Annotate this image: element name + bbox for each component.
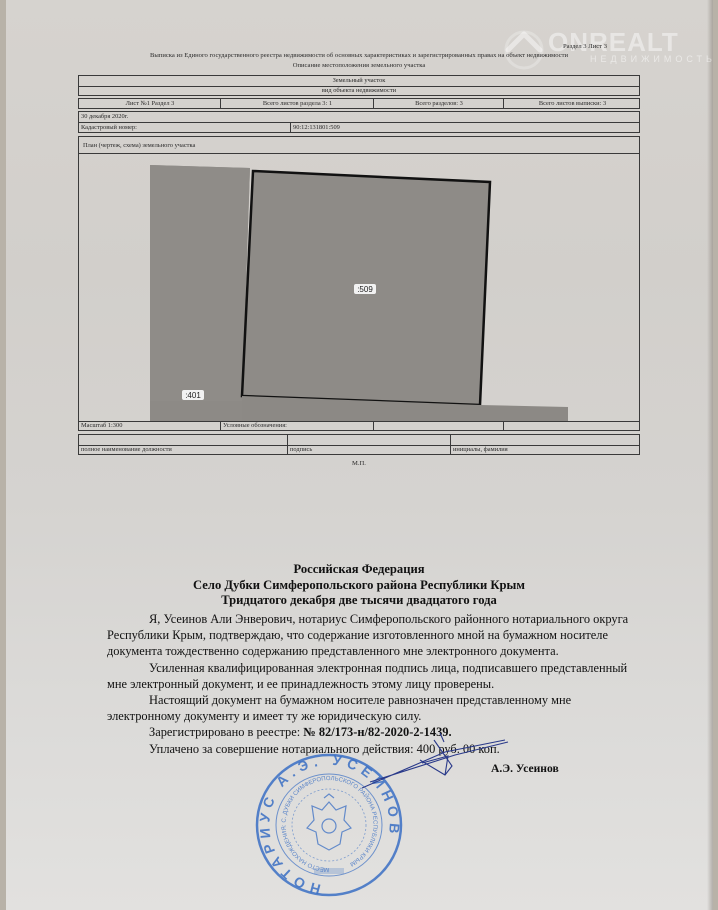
extract-date: 30 декабря 2020г. bbox=[81, 113, 128, 120]
coat-of-arms-icon bbox=[307, 794, 351, 850]
stamp-inner-text: МЕСТО НАХОЖДЕНИЯ: С. ДУБКИ СИМФЕРОПОЛЬСК… bbox=[281, 776, 377, 872]
extract-title: Выписка из Единого государственного реес… bbox=[0, 52, 718, 59]
cadastral-number: 90:12:131801:509 bbox=[293, 124, 340, 131]
parcel-plan-drawing: :509 :401 bbox=[150, 163, 570, 423]
cadastral-label: Кадастровый номер: bbox=[81, 124, 137, 131]
scale-label: Масштаб 1:300 bbox=[81, 422, 122, 429]
cert-heading-place: Село Дубки Симферопольского района Респу… bbox=[0, 578, 718, 594]
signature-caption: подпись bbox=[290, 446, 312, 453]
initials-caption: инициалы, фамилия bbox=[453, 446, 508, 453]
notary-signature bbox=[360, 730, 510, 790]
seal-place-label: М.П. bbox=[0, 460, 718, 467]
signature-table: полное наименование должности подпись ин… bbox=[78, 434, 640, 455]
extract-sheets-total: Всего листов выписки: 3 bbox=[504, 100, 641, 107]
object-name: Земельный участок bbox=[79, 77, 639, 84]
sheet-info-row: Лист №1 Раздел 3 Всего листов раздела 3:… bbox=[78, 98, 640, 109]
sheet-number: Лист №1 Раздел 3 bbox=[79, 100, 221, 107]
object-type-table: Земельный участок вид объекта недвижимос… bbox=[78, 75, 640, 96]
notary-name: А.Э. Усеинов bbox=[491, 762, 559, 775]
svg-text:МЕСТО НАХОЖДЕНИЯ: С. ДУБКИ СИМ: МЕСТО НАХОЖДЕНИЯ: С. ДУБКИ СИМФЕРОПОЛЬСК… bbox=[281, 776, 377, 872]
neighbor-parcel-label: :401 bbox=[185, 391, 201, 400]
sections-total: Всего разделов: 3 bbox=[374, 100, 504, 107]
cert-line: Усиленная квалифицированная электронная … bbox=[149, 661, 627, 677]
cert-line: документа тождественно содержанию предст… bbox=[107, 644, 559, 660]
cadastral-table: 30 декабря 2020г. Кадастровый номер: 90:… bbox=[78, 111, 640, 133]
extract-subtitle: Описание местоположения земельного участ… bbox=[0, 62, 718, 69]
notary-certification: Российская Федерация Село Дубки Симфероп… bbox=[0, 562, 718, 609]
cert-line: электронному документу и имеет ту же юри… bbox=[107, 709, 421, 725]
plan-label: План (чертеж, схема) земельного участка bbox=[83, 142, 195, 149]
section-sheets-total: Всего листов раздела 3: 1 bbox=[221, 100, 374, 107]
parcel-label: :509 bbox=[357, 285, 373, 294]
registry-label: Зарегистрировано в реестре: bbox=[149, 725, 303, 739]
cert-line: Настоящий документ на бумажном носителе … bbox=[149, 693, 571, 709]
cert-heading-country: Российская Федерация bbox=[0, 562, 718, 578]
legend-label: Условные обозначения: bbox=[223, 422, 287, 429]
object-type-label: вид объекта недвижимости bbox=[79, 87, 639, 94]
cert-line: мне электронный документ, и ее принадлеж… bbox=[107, 677, 494, 693]
cert-line: Я, Усеинов Али Энверович, нотариус Симфе… bbox=[149, 612, 628, 628]
section-sheet-label: Раздел 3 Лист 3 bbox=[563, 43, 607, 50]
position-caption: полное наименование должности bbox=[81, 446, 172, 453]
cert-line: Республики Крым, подтверждаю, что содерж… bbox=[107, 628, 608, 644]
cert-heading-date: Тридцатого декабря две тысячи двадцатого… bbox=[0, 593, 718, 609]
scale-legend-row: Масштаб 1:300 Условные обозначения: bbox=[78, 421, 640, 431]
